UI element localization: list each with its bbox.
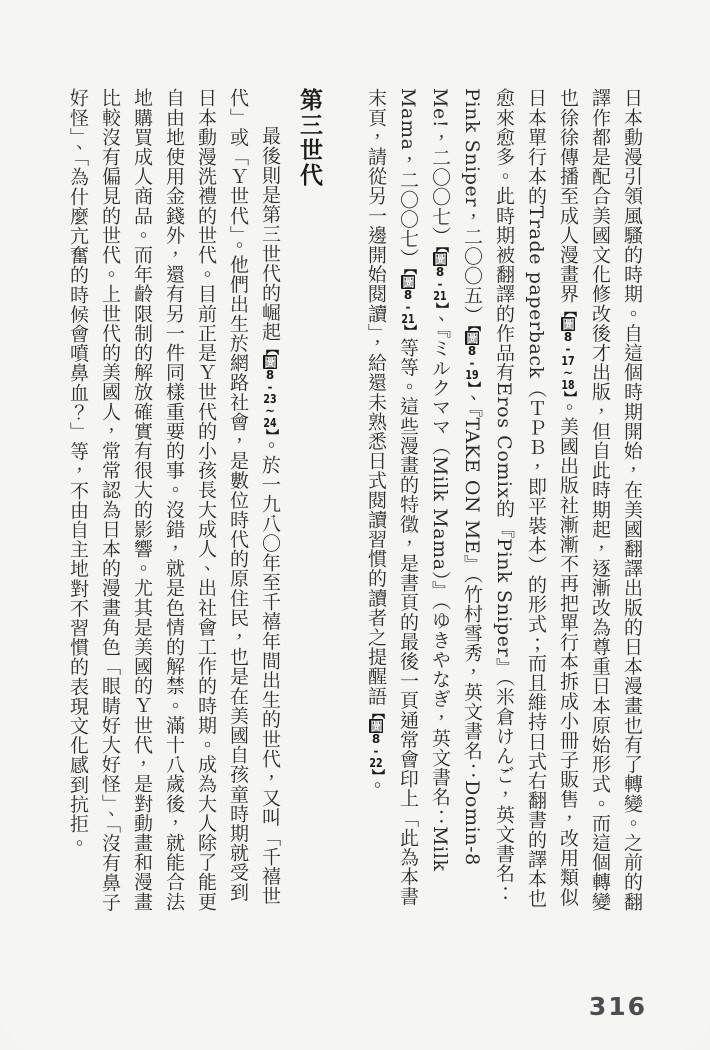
- page-text: 日本動漫引領風騷的時期。自這個時期開始，在美國翻譯出版的日本漫畫也有了轉變。之前…: [62, 88, 648, 912]
- figure-number: 21: [401, 313, 415, 325]
- book-page: 日本動漫引領風騷的時期。自這個時期開始，在美國翻譯出版的日本漫畫也有了轉變。之前…: [0, 0, 710, 1050]
- page-number: 316: [589, 992, 647, 1021]
- paragraph: 日本動漫引領風騷的時期。自這個時期開始，在美國翻譯出版的日本漫畫也有了轉變。之前…: [360, 88, 648, 912]
- figure-number: 8: [561, 331, 575, 343]
- figure-number: -: [433, 278, 447, 290]
- figure-number: ~: [263, 405, 277, 417]
- figure-number: 21: [433, 290, 447, 302]
- figure-number: 8: [263, 369, 277, 381]
- section-heading: 第三世代: [291, 88, 327, 912]
- figure-ref: 【圖8-22】: [369, 706, 384, 776]
- figure-number: 8: [401, 289, 415, 301]
- figure-number: -: [369, 745, 383, 757]
- figure-badge-icon: 圖: [433, 252, 447, 266]
- figure-ref: 【圖8-21】: [401, 268, 416, 338]
- paragraph: 最後則是第三世代的崛起【圖8-23~24】。於一九八〇年至千禧年間出生的世代，又…: [62, 88, 286, 912]
- figure-number: -: [263, 381, 277, 393]
- figure-number: 24: [263, 417, 277, 429]
- text-run: 。於一九八〇年至千禧年間出生的世代，又叫「千禧世代」或「Ｙ世代」。他們出生於網路…: [67, 88, 281, 912]
- figure-badge-icon: 圖: [263, 355, 277, 369]
- figure-number: 19: [465, 369, 479, 381]
- figure-number: 8: [433, 266, 447, 278]
- figure-ref: 【圖8-17~18】: [561, 304, 576, 398]
- figure-number: 8: [465, 345, 479, 357]
- figure-number: ~: [561, 367, 575, 379]
- figure-badge-icon: 圖: [401, 275, 415, 289]
- text-run: 。: [365, 775, 387, 795]
- figure-number: 18: [561, 379, 575, 391]
- figure-number: 17: [561, 355, 575, 367]
- figure-number: -: [465, 357, 479, 369]
- figure-badge-icon: 圖: [369, 719, 383, 733]
- text-run: 最後則是第三世代的崛起: [259, 126, 281, 342]
- figure-number: -: [561, 343, 575, 355]
- figure-badge-icon: 圖: [465, 331, 479, 345]
- figure-ref: 【圖8-21】: [433, 246, 448, 309]
- figure-number: -: [401, 301, 415, 313]
- figure-number: 22: [369, 757, 383, 769]
- figure-badge-icon: 圖: [561, 317, 575, 331]
- figure-number: 8: [369, 733, 383, 745]
- figure-ref: 【圖8-19】: [465, 325, 480, 388]
- figure-number: 23: [263, 393, 277, 405]
- figure-ref: 【圖8-23~24】: [263, 342, 278, 436]
